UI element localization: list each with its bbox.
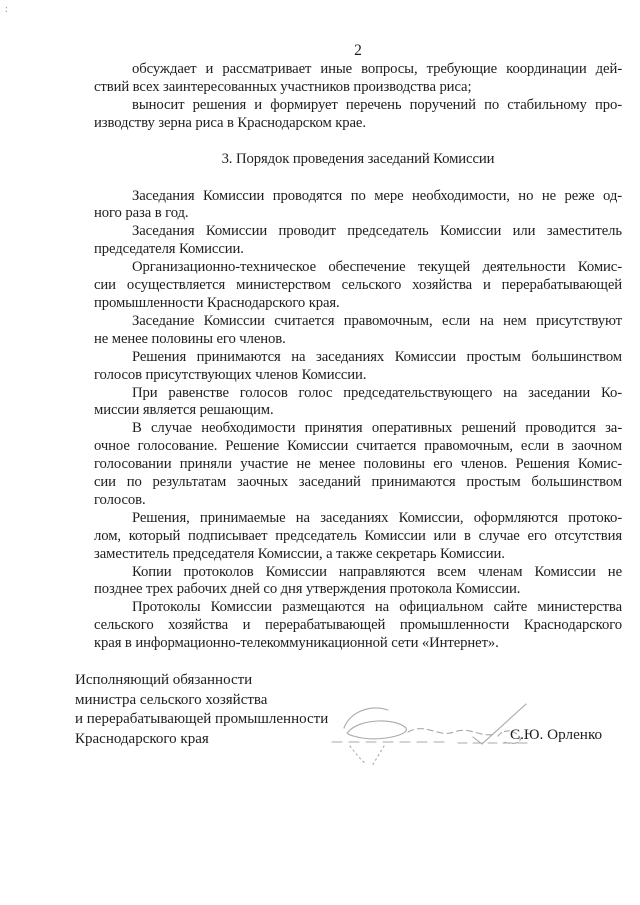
body-line: изводству зерна риса в Краснодарском кра… [94, 115, 622, 133]
body-line: Решения принимаются на заседаниях Комисс… [94, 349, 622, 367]
signatory-name: С.Ю. Орленко [510, 726, 602, 744]
body-line: заместитель председателя Комиссии, а так… [94, 546, 622, 564]
body-line: голосов присутствующих членов Комиссии. [94, 367, 622, 385]
scan-speck: : [5, 5, 8, 15]
body-line: голосов. [94, 492, 622, 510]
body-line: миссии является решающим. [94, 402, 622, 420]
body-line: Протоколы Комиссии размещаются на официа… [94, 599, 622, 617]
body-line: Заседания Комиссии проводятся по мере не… [94, 188, 622, 206]
body-line: сии осуществляется министерством сельско… [94, 277, 622, 295]
body-line: Заседания Комиссии проводит председатель… [94, 223, 622, 241]
signatory-line: Исполняющий обязанности [75, 671, 385, 691]
body-line: Решения, принимаемые на заседаниях Комис… [94, 510, 622, 528]
body-line: позднее трех рабочих дней со дня утвержд… [94, 581, 622, 599]
body-line: Организационно-техническое обеспечение т… [94, 259, 622, 277]
body-line: очное голосование. Решение Комиссии счит… [94, 438, 622, 456]
body-line: обсуждает и рассматривает иные вопросы, … [94, 61, 622, 79]
body-line: лом, который подписывает председатель Ко… [94, 528, 622, 546]
body-line: Заседание Комиссии считается правомочным… [94, 313, 622, 331]
scanned-document-page: : 2 обсуждает и рассматривает иные вопро… [0, 0, 640, 905]
body-line: промышленности Краснодарского края. [94, 295, 622, 313]
body-line: выносит решения и формирует перечень пор… [94, 97, 622, 115]
handwritten-signature-icon [330, 694, 540, 774]
document-body: обсуждает и рассматривает иные вопросы, … [94, 61, 622, 653]
body-line: Копии протоколов Комиссии направляются в… [94, 564, 622, 582]
body-line: председателя Комиссии. [94, 241, 622, 259]
body-line: сельского хозяйства и перерабатывающей п… [94, 617, 622, 635]
body-line: края в информационно-телекоммуникационно… [94, 635, 622, 653]
page-number: 2 [94, 42, 622, 60]
body-line: сии по результатам заочных заседаний при… [94, 474, 622, 492]
body-line: При равенстве голосов голос председатель… [94, 385, 622, 403]
body-line: голосовании приняли участие не менее пол… [94, 456, 622, 474]
body-line: ствий всех заинтересованных участников п… [94, 79, 622, 97]
body-line: не менее половины его членов. [94, 331, 622, 349]
body-line: В случае необходимости принятия оператив… [94, 420, 622, 438]
body-line: ного раза в год. [94, 205, 622, 223]
section-heading: 3. Порядок проведения заседаний Комиссии [94, 151, 622, 169]
